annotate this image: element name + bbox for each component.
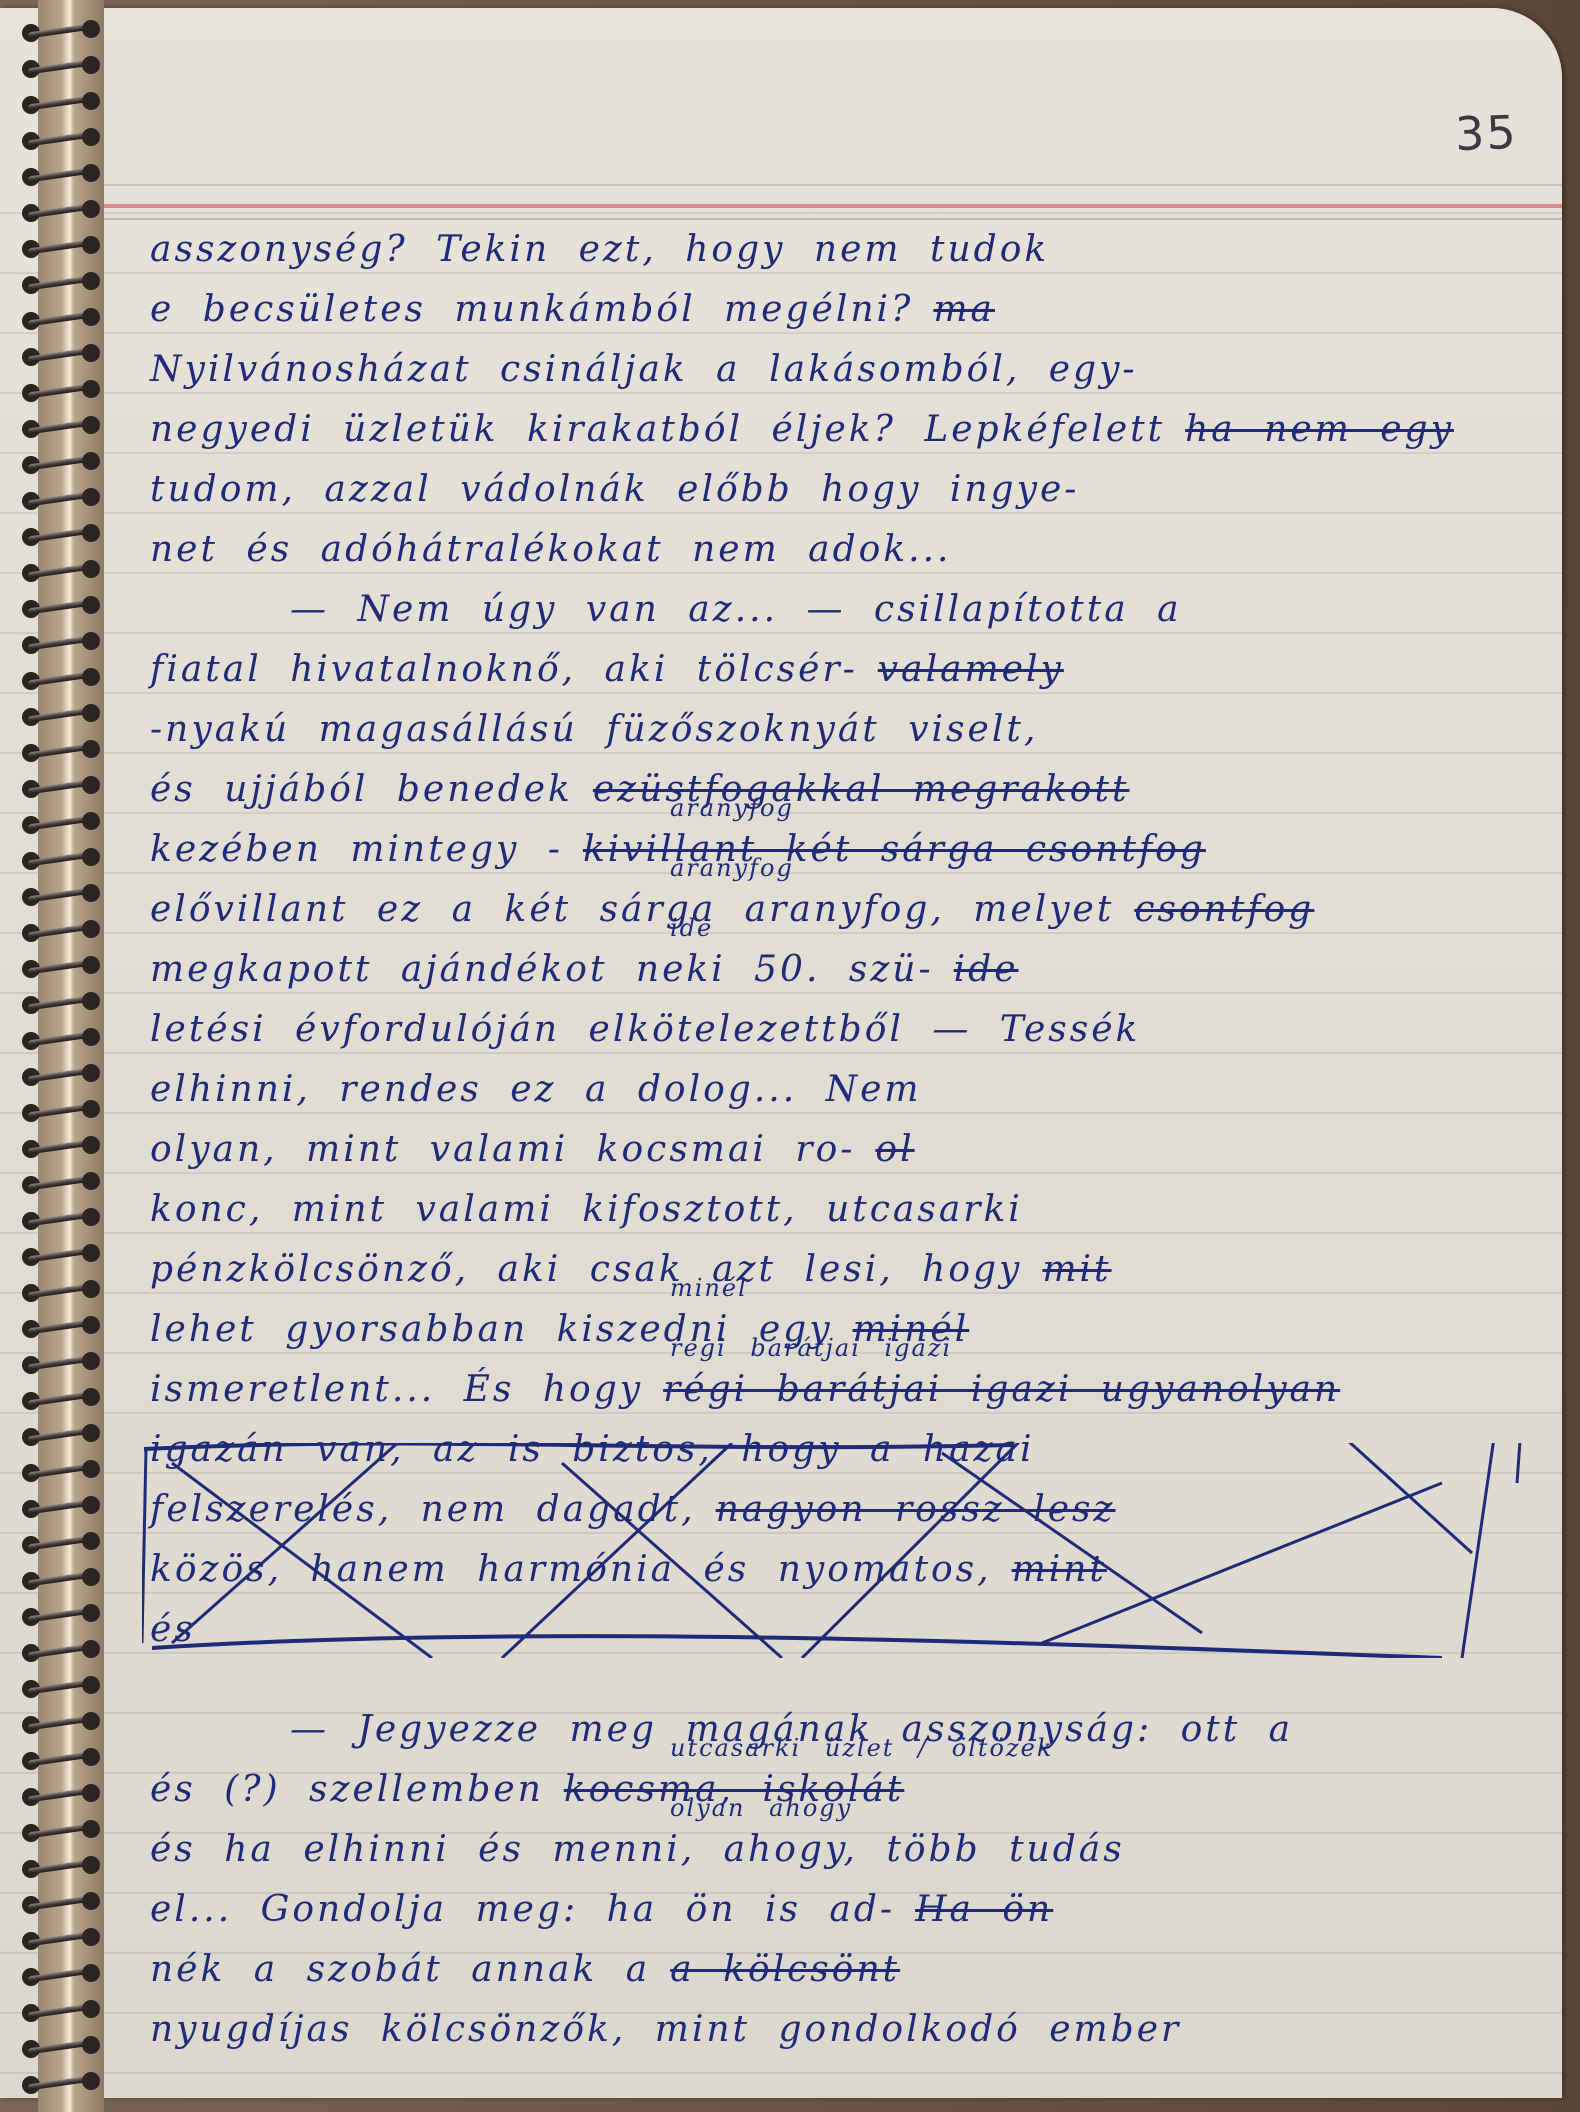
line-text: ismeretlent... És hogy (150, 1369, 643, 1410)
spiral-coil (14, 416, 106, 440)
line-text: tudom, azzal vádolnák előbb hogy ingye- (150, 469, 1079, 510)
line-text: letési évfordulóján elkötelezettből — Te… (150, 1009, 1140, 1050)
inserted-correction: ide (670, 916, 713, 940)
spiral-coil (14, 128, 106, 152)
spiral-coil (14, 1604, 106, 1628)
spiral-coil (14, 1064, 106, 1088)
handwritten-line: felszerelés, nem dagadt,nagyon rossz les… (150, 1480, 1540, 1540)
spiral-coil (14, 1784, 106, 1808)
struck-text: régi barátjai igazi ugyanolyan (663, 1369, 1340, 1410)
struck-text: csontfog (1134, 889, 1314, 930)
line-text: pénzkölcsönző, aki csak azt lesi, hogy (150, 1249, 1022, 1290)
handwritten-line: letési évfordulóján elkötelezettből — Te… (150, 1000, 1540, 1060)
line-text: Nyilvánosházat csináljak a lakásomból, e… (150, 349, 1138, 390)
struck-text: Ha ön (915, 1889, 1053, 1930)
spiral-coil (14, 632, 106, 656)
red-margin-line (100, 204, 1562, 208)
spiral-coil (14, 1460, 106, 1484)
line-text: közös, hanem harmónia és nyomatos, (150, 1549, 992, 1590)
spiral-coil (14, 1676, 106, 1700)
spiral-coil (14, 2036, 106, 2060)
spiral-coil (14, 1568, 106, 1592)
inserted-correction: aranyfog (670, 856, 794, 880)
spiral-coil (14, 452, 106, 476)
spiral-coil (14, 1820, 106, 1844)
spiral-coil (14, 668, 106, 692)
struck-text: valamely (878, 649, 1064, 690)
spiral-coil (14, 1280, 106, 1304)
spiral-coil (14, 884, 106, 908)
spiral-coil (14, 1172, 106, 1196)
spiral-coil (14, 2072, 106, 2096)
line-text: és ha elhinni és menni, ahogy, több tudá… (150, 1829, 1125, 1870)
spiral-coil (14, 1208, 106, 1232)
handwritten-line: és (150, 1600, 1540, 1660)
struck-text: mint (1012, 1549, 1107, 1590)
spiral-coil (14, 524, 106, 548)
struck-text: ide (954, 949, 1019, 990)
spiral-coil (14, 920, 106, 944)
line-text: kezében mintegy - (150, 829, 563, 870)
handwritten-line: pénzkölcsönző, aki csak azt lesi, hogymi… (150, 1240, 1540, 1300)
struck-text: a kölcsönt (670, 1949, 900, 1990)
line-text: és (?) szellemben (150, 1769, 544, 1810)
struck-text: nagyon rossz lesz (716, 1489, 1116, 1530)
spiral-coil (14, 272, 106, 296)
spiral-coil (14, 776, 106, 800)
inserted-correction: minél (670, 1276, 748, 1300)
spiral-coil (14, 1388, 106, 1412)
line-text: és (150, 1609, 196, 1650)
spiral-coil (14, 344, 106, 368)
spiral-coil (14, 1352, 106, 1376)
spiral-coil (14, 1532, 106, 1556)
handwritten-line: el... Gondolja meg: ha ön is ad-Ha ön (150, 1880, 1540, 1940)
handwritten-line: negyedi üzletük kirakatból éljek? Lepkéf… (150, 400, 1540, 460)
handwritten-line: kezében mintegy -kivillant két sárga cso… (150, 820, 1540, 880)
handwritten-line: fiatal hivatalnoknő, aki tölcsér-valamel… (150, 640, 1540, 700)
spiral-coil (14, 956, 106, 980)
handwritten-line: elhinni, rendes ez a dolog... Nem (150, 1060, 1540, 1120)
handwritten-line: e becsületes munkámból megélni?ma (150, 280, 1540, 340)
handwritten-line: elővillant ez a két sárga aranyfog, mely… (150, 880, 1540, 940)
top-blank-area (0, 8, 1562, 208)
spiral-coil (14, 560, 106, 584)
spiral-coil (14, 1964, 106, 1988)
spiral-coil (14, 1892, 106, 1916)
line-text: elővillant ez a két sárga aranyfog, mely… (150, 889, 1114, 930)
spiral-coil (14, 1424, 106, 1448)
notebook-page: 35 asszonység? Tekin ezt, hogy nem tudok… (0, 8, 1562, 2098)
handwritten-line: -nyakú magasállású füzőszoknyát viselt, (150, 700, 1540, 760)
spiral-coil (14, 1640, 106, 1664)
spiral-coil (14, 704, 106, 728)
spiral-coil (14, 740, 106, 764)
handwritten-line: nék a szobát annak aa kölcsönt (150, 1940, 1540, 2000)
page-number: 35 (1454, 105, 1518, 161)
inserted-correction: aranyfog (670, 796, 794, 820)
spiral-coil (14, 380, 106, 404)
line-text: negyedi üzletük kirakatból éljek? Lepkéf… (150, 409, 1165, 450)
spiral-coil (14, 236, 106, 260)
line-text: asszonység? Tekin ezt, hogy nem tudok (150, 229, 1049, 270)
line-text: — Nem úgy van az... — csillapította a (290, 589, 1182, 630)
spiral-coil (14, 1928, 106, 1952)
handwritten-line: megkapott ajándékot neki 50. szü-ideide (150, 940, 1540, 1000)
handwritten-line: Nyilvánosházat csináljak a lakásomból, e… (150, 340, 1540, 400)
spiral-coil (14, 56, 106, 80)
handwritten-line: olyan, mint valami kocsmai ro-ol (150, 1120, 1540, 1180)
spiral-binding (0, 0, 115, 2112)
line-text: el... Gondolja meg: ha ön is ad- (150, 1889, 895, 1930)
spiral-coil (14, 1136, 106, 1160)
spiral-coil (14, 848, 106, 872)
spiral-coil (14, 20, 106, 44)
spiral-coil (14, 1712, 106, 1736)
handwritten-line: — Nem úgy van az... — csillapította a (150, 580, 1540, 640)
spiral-coil (14, 488, 106, 512)
header-rule (100, 184, 1562, 186)
spiral-coil (14, 596, 106, 620)
line-text: nék a szobát annak a (150, 1949, 650, 1990)
handwritten-line: konc, mint valami kifosztott, utcasarki (150, 1180, 1540, 1240)
struck-text: ol (875, 1129, 914, 1170)
handwritten-line: közös, hanem harmónia és nyomatos,mint (150, 1540, 1540, 1600)
spiral-coil (14, 1244, 106, 1268)
line-text: fiatal hivatalnoknő, aki tölcsér- (150, 649, 858, 690)
handwritten-line: és ujjából benedekezüstfogakkal megrakot… (150, 760, 1540, 820)
spiral-coil (14, 92, 106, 116)
handwritten-line: nyugdíjas kölcsönzők, mint gondolkodó em… (150, 2000, 1540, 2060)
spiral-coil (14, 2000, 106, 2024)
handwritten-line: asszonység? Tekin ezt, hogy nem tudok (150, 220, 1540, 280)
struck-text: ma (933, 289, 995, 330)
inserted-correction: olyan ahogy (670, 1796, 852, 1820)
spiral-coil (14, 1100, 106, 1124)
handwritten-line: és ha elhinni és menni, ahogy, több tudá… (150, 1820, 1540, 1880)
handwritten-text: asszonység? Tekin ezt, hogy nem tudoke b… (150, 220, 1540, 2060)
line-text: igazán van, az is biztos, hogy a hazai (150, 1429, 1034, 1470)
line-text: megkapott ajándékot neki 50. szü- (150, 949, 934, 990)
struck-text: ha nem egy (1185, 409, 1454, 450)
inserted-correction: régi barátjai igazi (670, 1336, 952, 1360)
line-text: és ujjából benedek (150, 769, 573, 810)
spiral-coil (14, 1496, 106, 1520)
line-text: net és adóhátralékokat nem adok... (150, 529, 951, 570)
line-text: konc, mint valami kifosztott, utcasarki (150, 1189, 1023, 1230)
line-text: nyugdíjas kölcsönzők, mint gondolkodó em… (150, 2009, 1181, 2050)
line-text: e becsületes munkámból megélni? (150, 289, 913, 330)
line-text: felszerelés, nem dagadt, (150, 1489, 696, 1530)
handwritten-line: net és adóhátralékokat nem adok... (150, 520, 1540, 580)
spiral-coil (14, 308, 106, 332)
handwritten-line: igazán van, az is biztos, hogy a hazai (150, 1420, 1540, 1480)
line-text: olyan, mint valami kocsmai ro- (150, 1129, 855, 1170)
spiral-coil (14, 1316, 106, 1340)
spiral-coil (14, 200, 106, 224)
line-text: -nyakú magasállású füzőszoknyát viselt, (150, 709, 1038, 750)
struck-text: mit (1042, 1249, 1111, 1290)
spiral-coil (14, 992, 106, 1016)
spiral-coil (14, 164, 106, 188)
inserted-correction: utcasarki üzlet / öltözék (670, 1736, 1053, 1760)
line-text: elhinni, rendes ez a dolog... Nem (150, 1069, 922, 1110)
handwritten-line: ismeretlent... És hogyrégi barátjai igaz… (150, 1360, 1540, 1420)
spiral-coil (14, 1748, 106, 1772)
spiral-coil (14, 1028, 106, 1052)
spiral-coil (14, 812, 106, 836)
handwritten-line: tudom, azzal vádolnák előbb hogy ingye- (150, 460, 1540, 520)
spiral-coil (14, 1856, 106, 1880)
